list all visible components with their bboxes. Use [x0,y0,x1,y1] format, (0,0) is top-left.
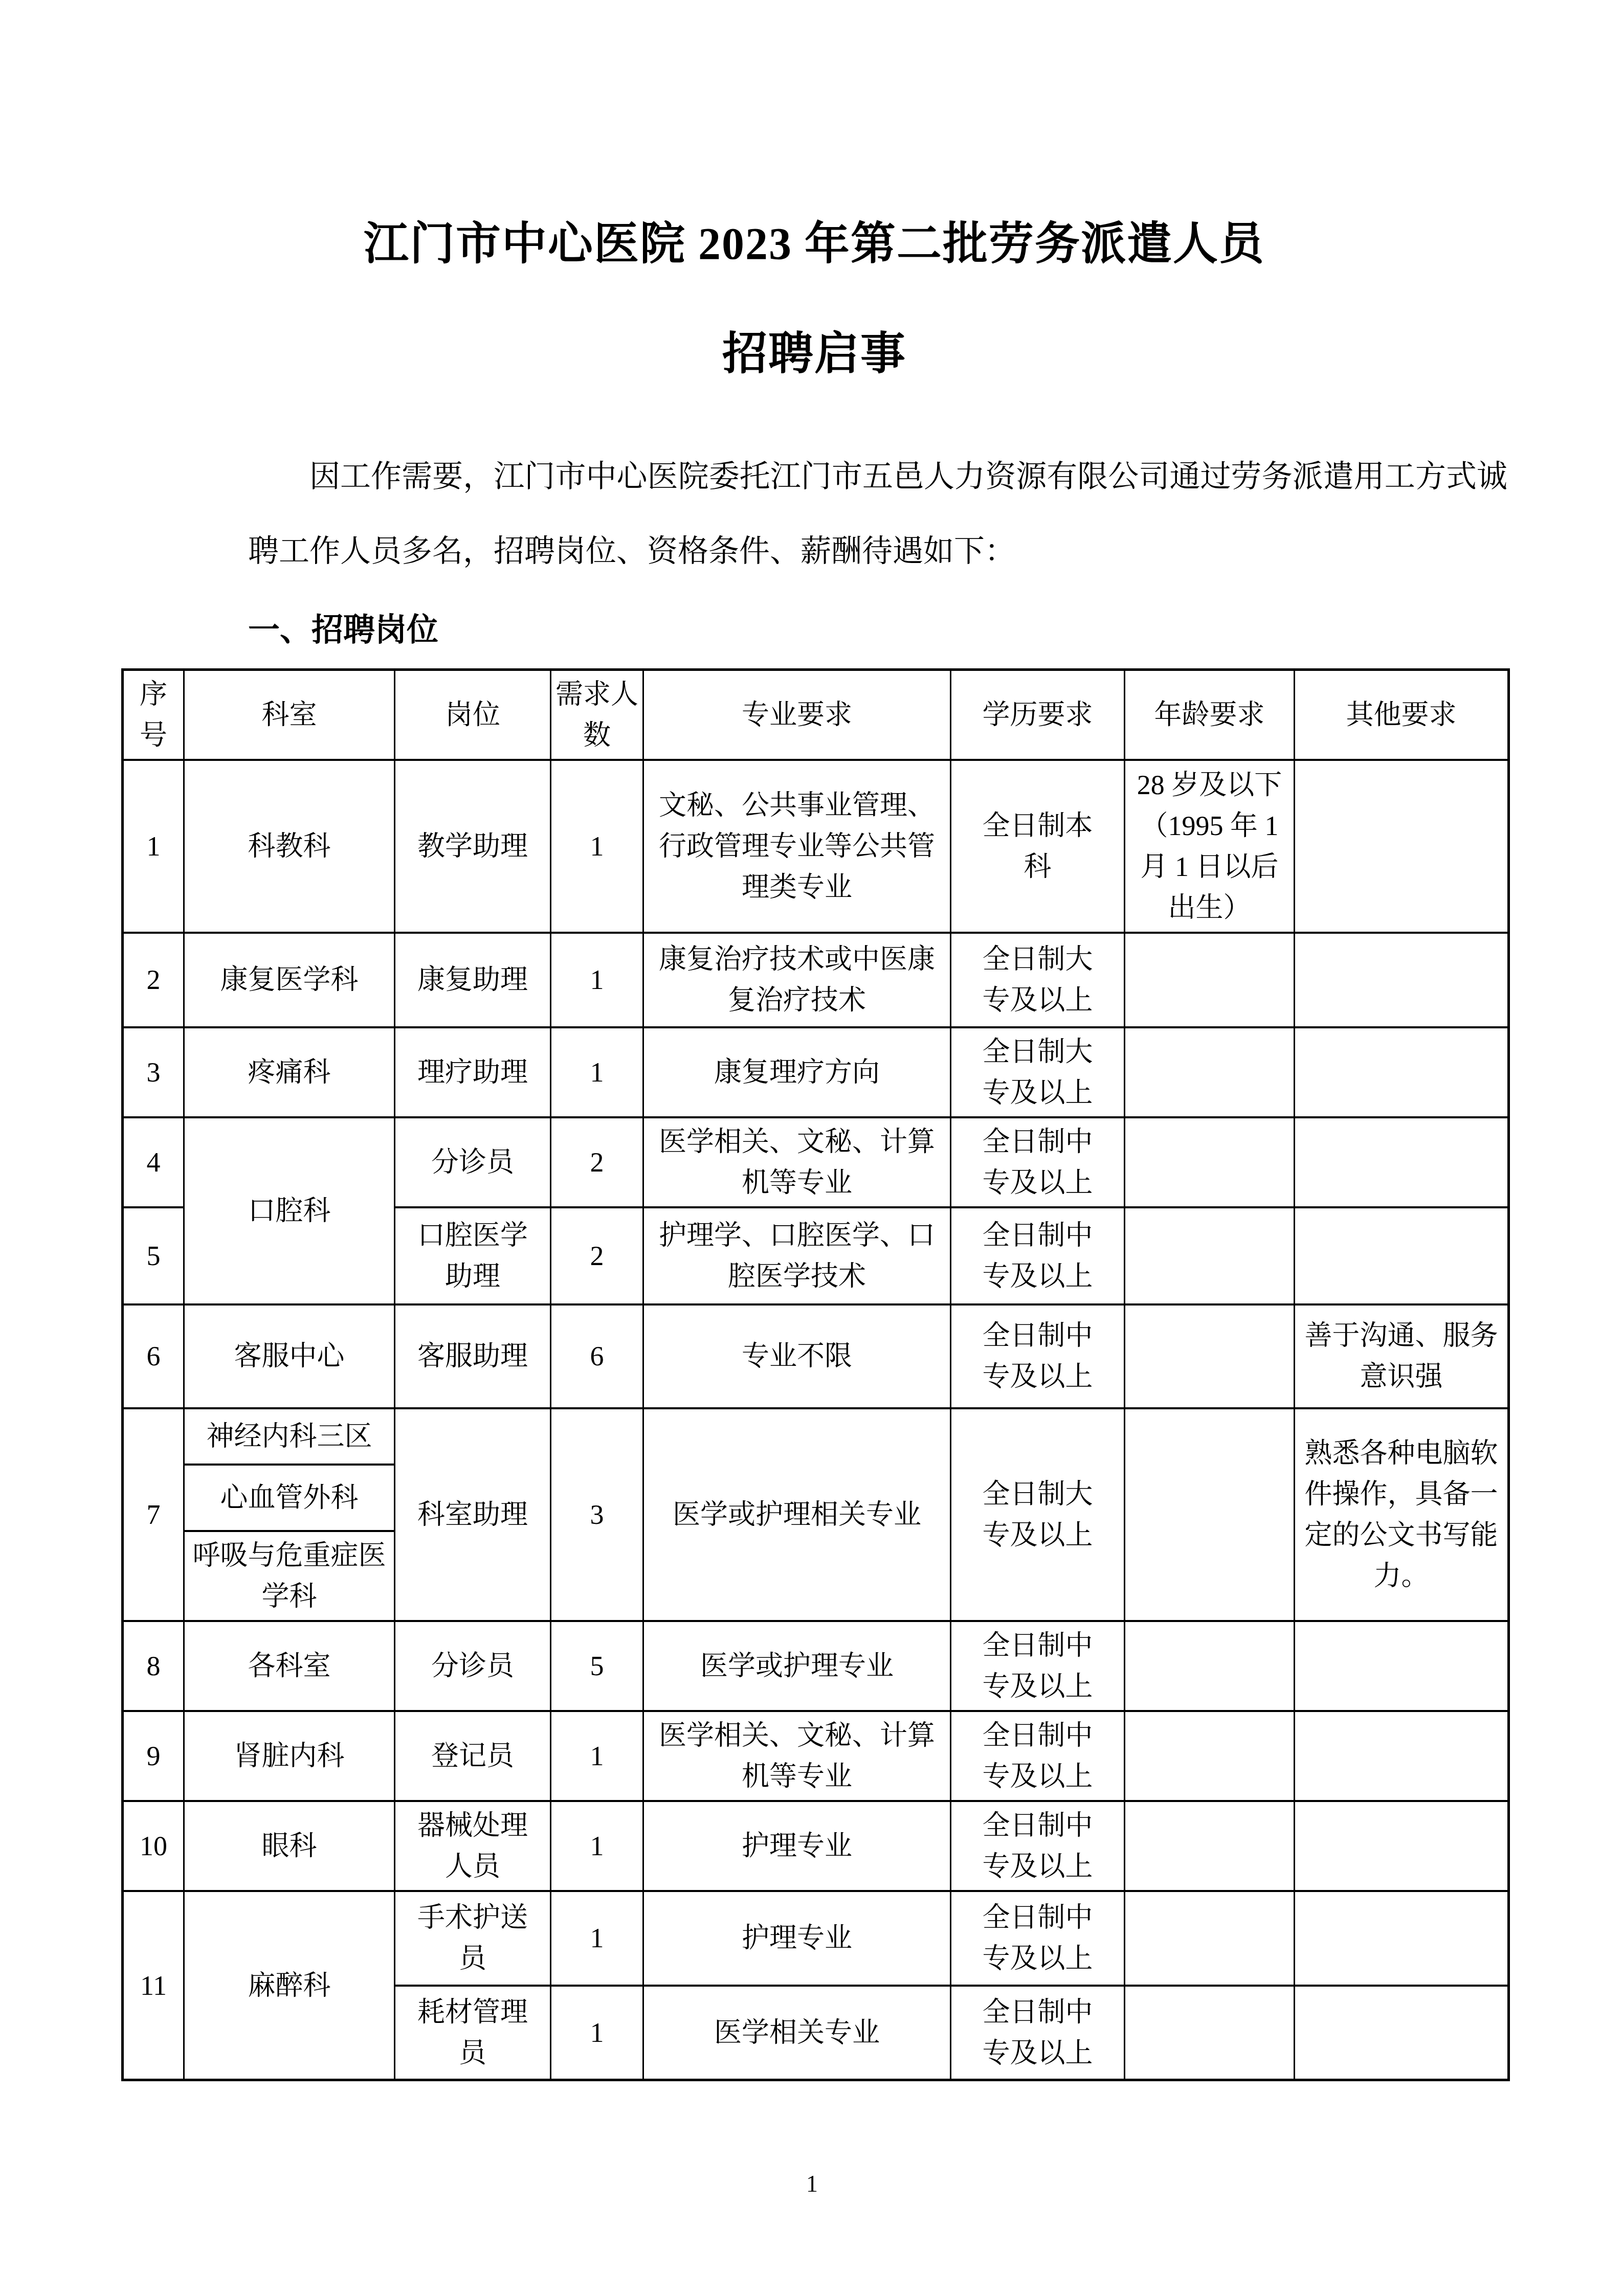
cell-dept-sub: 心血管外科 [184,1465,395,1531]
cell-degree: 全日制中专及以上 [951,1304,1125,1408]
cell-major: 康复理疗方向 [643,1027,951,1117]
intro-paragraph: 因工作需要，江门市中心医院委托江门市五邑人力资源有限公司通过劳务派遣用工方式诚聘… [248,439,1507,589]
document-title: 江门市中心医院 2023 年第二批劳务派遣人员 招聘启事 [121,189,1507,409]
cell-no: 6 [123,1304,184,1408]
cell-no: 1 [123,760,184,933]
cell-age [1125,1711,1295,1801]
document-title-line-2: 招聘启事 [121,299,1507,409]
cell-degree: 全日制大专及以上 [951,933,1125,1027]
cell-other [1295,1891,1509,1986]
cell-degree: 全日制中专及以上 [951,1207,1125,1304]
cell-post: 器械处理人员 [395,1801,551,1891]
cell-degree: 全日制中专及以上 [951,1801,1125,1891]
cell-post: 分诊员 [395,1117,551,1207]
recruitment-table: 序号 科室 岗位 需求人数 专业要求 学历要求 年龄要求 其他要求 1 科教科 … [121,668,1510,2082]
cell-no: 5 [123,1207,184,1304]
page-number: 1 [0,2172,1624,2196]
header-dept: 科室 [184,669,395,760]
cell-post: 口腔医学助理 [395,1207,551,1304]
cell-dept: 肾脏内科 [184,1711,395,1801]
header-age: 年龄要求 [1125,669,1295,760]
cell-age [1125,1891,1295,1986]
cell-no-merged: 7 [123,1408,184,1621]
cell-age [1125,1621,1295,1711]
cell-major: 文秘、公共事业管理、行政管理专业等公共管理类专业 [643,760,951,933]
cell-count: 1 [551,1027,643,1117]
cell-other: 善于沟通、服务意识强 [1295,1304,1509,1408]
cell-major: 护理专业 [643,1891,951,1986]
document-page: 江门市中心医院 2023 年第二批劳务派遣人员 招聘启事 因工作需要，江门市中心… [0,0,1624,2296]
cell-age [1125,1304,1295,1408]
cell-post: 手术护送员 [395,1891,551,1986]
cell-other [1295,933,1509,1027]
cell-count: 1 [551,1986,643,2080]
cell-major: 医学相关、文秘、计算机等专业 [643,1117,951,1207]
cell-major: 护理学、口腔医学、口腔医学技术 [643,1207,951,1304]
cell-other [1295,1027,1509,1117]
cell-degree: 全日制中专及以上 [951,1117,1125,1207]
table-row: 11 麻醉科 手术护送员 1 护理专业 全日制中专及以上 [123,1891,1509,1986]
cell-count: 6 [551,1304,643,1408]
cell-degree: 全日制中专及以上 [951,1891,1125,1986]
header-degree: 学历要求 [951,669,1125,760]
cell-count-merged: 3 [551,1408,643,1621]
cell-degree: 全日制中专及以上 [951,1711,1125,1801]
table-row: 7 神经内科三区 科室助理 3 医学或护理相关专业 全日制大专及以上 熟悉各种电… [123,1408,1509,1465]
cell-post: 康复助理 [395,933,551,1027]
header-count: 需求人数 [551,669,643,760]
cell-major: 康复治疗技术或中医康复治疗技术 [643,933,951,1027]
section-heading: 一、招聘岗位 [248,600,1507,661]
cell-dept-sub: 呼吸与危重症医学科 [184,1531,395,1621]
cell-age [1125,1986,1295,2080]
cell-post: 分诊员 [395,1621,551,1711]
cell-age [1125,933,1295,1027]
cell-dept-merged: 麻醉科 [184,1891,395,2080]
cell-no: 3 [123,1027,184,1117]
header-major: 专业要求 [643,669,951,760]
cell-age-merged [1125,1408,1295,1621]
cell-post: 客服助理 [395,1304,551,1408]
cell-major: 医学或护理专业 [643,1621,951,1711]
cell-other [1295,1621,1509,1711]
header-no: 序号 [123,669,184,760]
cell-major: 专业不限 [643,1304,951,1408]
cell-dept: 康复医学科 [184,933,395,1027]
cell-dept: 疼痛科 [184,1027,395,1117]
cell-count: 1 [551,933,643,1027]
table-row: 2 康复医学科 康复助理 1 康复治疗技术或中医康复治疗技术 全日制大专及以上 [123,933,1509,1027]
table-row: 1 科教科 教学助理 1 文秘、公共事业管理、行政管理专业等公共管理类专业 全日… [123,760,1509,933]
cell-post: 理疗助理 [395,1027,551,1117]
cell-degree: 全日制中专及以上 [951,1621,1125,1711]
cell-other [1295,1801,1509,1891]
cell-dept: 科教科 [184,760,395,933]
cell-degree: 全日制中专及以上 [951,1986,1125,2080]
cell-dept: 客服中心 [184,1304,395,1408]
table-row: 6 客服中心 客服助理 6 专业不限 全日制中专及以上 善于沟通、服务意识强 [123,1304,1509,1408]
cell-post-merged: 科室助理 [395,1408,551,1621]
cell-other-merged: 熟悉各种电脑软件操作，具备一定的公文书写能力。 [1295,1408,1509,1621]
cell-degree: 全日制大专及以上 [951,1027,1125,1117]
header-post: 岗位 [395,669,551,760]
cell-count: 2 [551,1207,643,1304]
cell-no: 4 [123,1117,184,1207]
cell-other [1295,1117,1509,1207]
cell-dept: 各科室 [184,1621,395,1711]
cell-other [1295,1711,1509,1801]
cell-post: 教学助理 [395,760,551,933]
cell-other [1295,1986,1509,2080]
table-row: 10 眼科 器械处理人员 1 护理专业 全日制中专及以上 [123,1801,1509,1891]
cell-major-merged: 医学或护理相关专业 [643,1408,951,1621]
cell-no: 9 [123,1711,184,1801]
cell-dept-merged: 口腔科 [184,1117,395,1304]
cell-count: 5 [551,1621,643,1711]
cell-count: 1 [551,1801,643,1891]
cell-post: 登记员 [395,1711,551,1801]
cell-major: 护理专业 [643,1801,951,1891]
cell-age [1125,1207,1295,1304]
cell-age [1125,1027,1295,1117]
cell-count: 2 [551,1117,643,1207]
table-row: 3 疼痛科 理疗助理 1 康复理疗方向 全日制大专及以上 [123,1027,1509,1117]
header-other: 其他要求 [1295,669,1509,760]
cell-dept-sub: 神经内科三区 [184,1408,395,1465]
cell-no-merged: 11 [123,1891,184,2080]
table-row: 9 肾脏内科 登记员 1 医学相关、文秘、计算机等专业 全日制中专及以上 [123,1711,1509,1801]
cell-post: 耗材管理员 [395,1986,551,2080]
table-row: 4 口腔科 分诊员 2 医学相关、文秘、计算机等专业 全日制中专及以上 [123,1117,1509,1207]
cell-no: 2 [123,933,184,1027]
cell-degree: 全日制本科 [951,760,1125,933]
cell-major: 医学相关专业 [643,1986,951,2080]
cell-age [1125,1117,1295,1207]
cell-age [1125,1801,1295,1891]
cell-dept: 眼科 [184,1801,395,1891]
cell-other [1295,1207,1509,1304]
document-title-line-1: 江门市中心医院 2023 年第二批劳务派遣人员 [121,189,1507,299]
cell-count: 1 [551,1891,643,1986]
cell-no: 8 [123,1621,184,1711]
cell-count: 1 [551,760,643,933]
cell-other [1295,760,1509,933]
cell-age: 28 岁及以下（1995 年 1 月 1 日以后出生） [1125,760,1295,933]
cell-no: 10 [123,1801,184,1891]
cell-degree-merged: 全日制大专及以上 [951,1408,1125,1621]
table-row: 8 各科室 分诊员 5 医学或护理专业 全日制中专及以上 [123,1621,1509,1711]
table-header-row: 序号 科室 岗位 需求人数 专业要求 学历要求 年龄要求 其他要求 [123,669,1509,760]
cell-count: 1 [551,1711,643,1801]
cell-major: 医学相关、文秘、计算机等专业 [643,1711,951,1801]
